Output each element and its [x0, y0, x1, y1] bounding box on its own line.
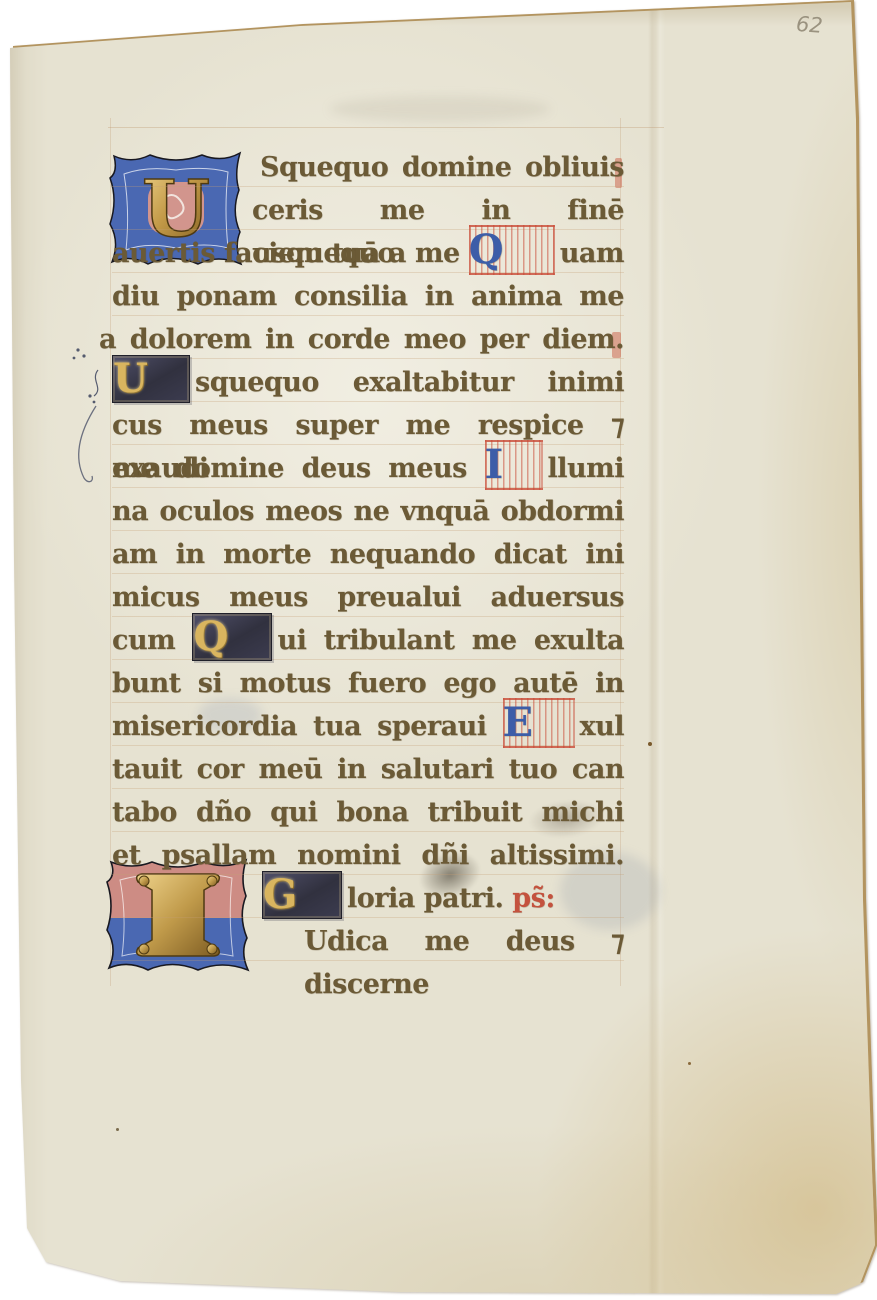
parchment-speck	[116, 1128, 119, 1131]
line-text: a dolorem in corde meo per diem.	[99, 324, 624, 355]
line-text: squequo exaltabitur inimi	[195, 367, 624, 398]
text-line: diu ponam consilia in anima me	[112, 275, 624, 318]
text-line: et psallam nomini dñi altissimi.	[112, 834, 624, 877]
illuminated-initial-G: G	[262, 871, 342, 919]
text-line: cus meus super me respice ⁊ exaudi	[112, 404, 624, 447]
text-line: cum Qui tribulant me exulta	[112, 619, 624, 662]
line-text: et psallam nomini dñi altissimi.	[112, 840, 624, 871]
text-line: tauit cor meū in salutari tuo can	[112, 748, 624, 791]
line-text: tauit cor meū in salutari tuo can	[112, 754, 624, 785]
illuminated-initial-I: I	[485, 440, 543, 490]
line-text: na oculos meos ne vnquā obdormi	[112, 496, 624, 527]
text-line: misericordia tua speraui Exul	[112, 705, 624, 748]
line-text: tabo dño qui bona tribuit michi	[112, 797, 624, 828]
line-text: loria patri.	[347, 883, 512, 914]
parchment-speck	[648, 742, 652, 746]
text-line: micus meus preualui aduersus	[112, 576, 624, 619]
illuminated-initial-Q: Q	[469, 225, 555, 275]
line-text: bunt si motus fuero ego autē in	[112, 668, 624, 699]
text-line: auertis faciem tuā a me Quam	[112, 232, 624, 275]
text-line: Squequo domine obliuis	[112, 146, 624, 189]
line-text: am in morte nequando dicat ini	[112, 539, 624, 570]
manuscript-photo: 62 U	[0, 0, 877, 1300]
line-text: me domine deus meus	[112, 453, 485, 484]
illuminated-initial-E: E	[503, 698, 575, 748]
line-text: auertis faciem tuā a me	[112, 238, 469, 269]
line-text: Squequo domine obliuis	[260, 152, 624, 183]
manuscript-page: 62 U	[0, 0, 877, 1300]
text-line: Udica me deus ⁊ discerne	[112, 920, 624, 963]
text-line: Usquequo exaltabitur inimi	[112, 361, 624, 404]
show-through-stain	[330, 96, 550, 122]
page-shadow-wrap: 62 U	[0, 0, 877, 1300]
text-block: Squequo domine obliuisceris me in finē u…	[112, 146, 624, 963]
text-line: me domine deus meus Illumi	[112, 447, 624, 490]
line-text: Udica me deus ⁊ discerne	[304, 926, 624, 1000]
line-text: cum	[112, 625, 192, 656]
text-line: tabo dño qui bona tribuit michi	[112, 791, 624, 834]
line-text: ui tribulant me exulta	[277, 625, 624, 656]
text-line: Gloria patri. ps̃:	[112, 877, 624, 920]
line-text: llumi	[548, 453, 624, 484]
text-line: am in morte nequando dicat ini	[112, 533, 624, 576]
line-text: xul	[580, 711, 624, 742]
ruling-line-top	[108, 127, 664, 128]
line-text: uam	[560, 238, 624, 269]
line-text: diu ponam consilia in anima me	[112, 281, 624, 312]
line-text: micus meus preualui aduersus	[112, 582, 624, 613]
illuminated-initial-Q: Q	[192, 613, 272, 661]
text-line: na oculos meos ne vnquā obdormi	[112, 490, 624, 533]
illuminated-initial-U: U	[112, 355, 190, 403]
line-text: misericordia tua speraui	[112, 711, 503, 742]
folio-number: 62	[795, 12, 857, 40]
parchment-speck	[688, 1062, 691, 1065]
rubric-psalm-abbrev: ps̃:	[512, 883, 555, 914]
